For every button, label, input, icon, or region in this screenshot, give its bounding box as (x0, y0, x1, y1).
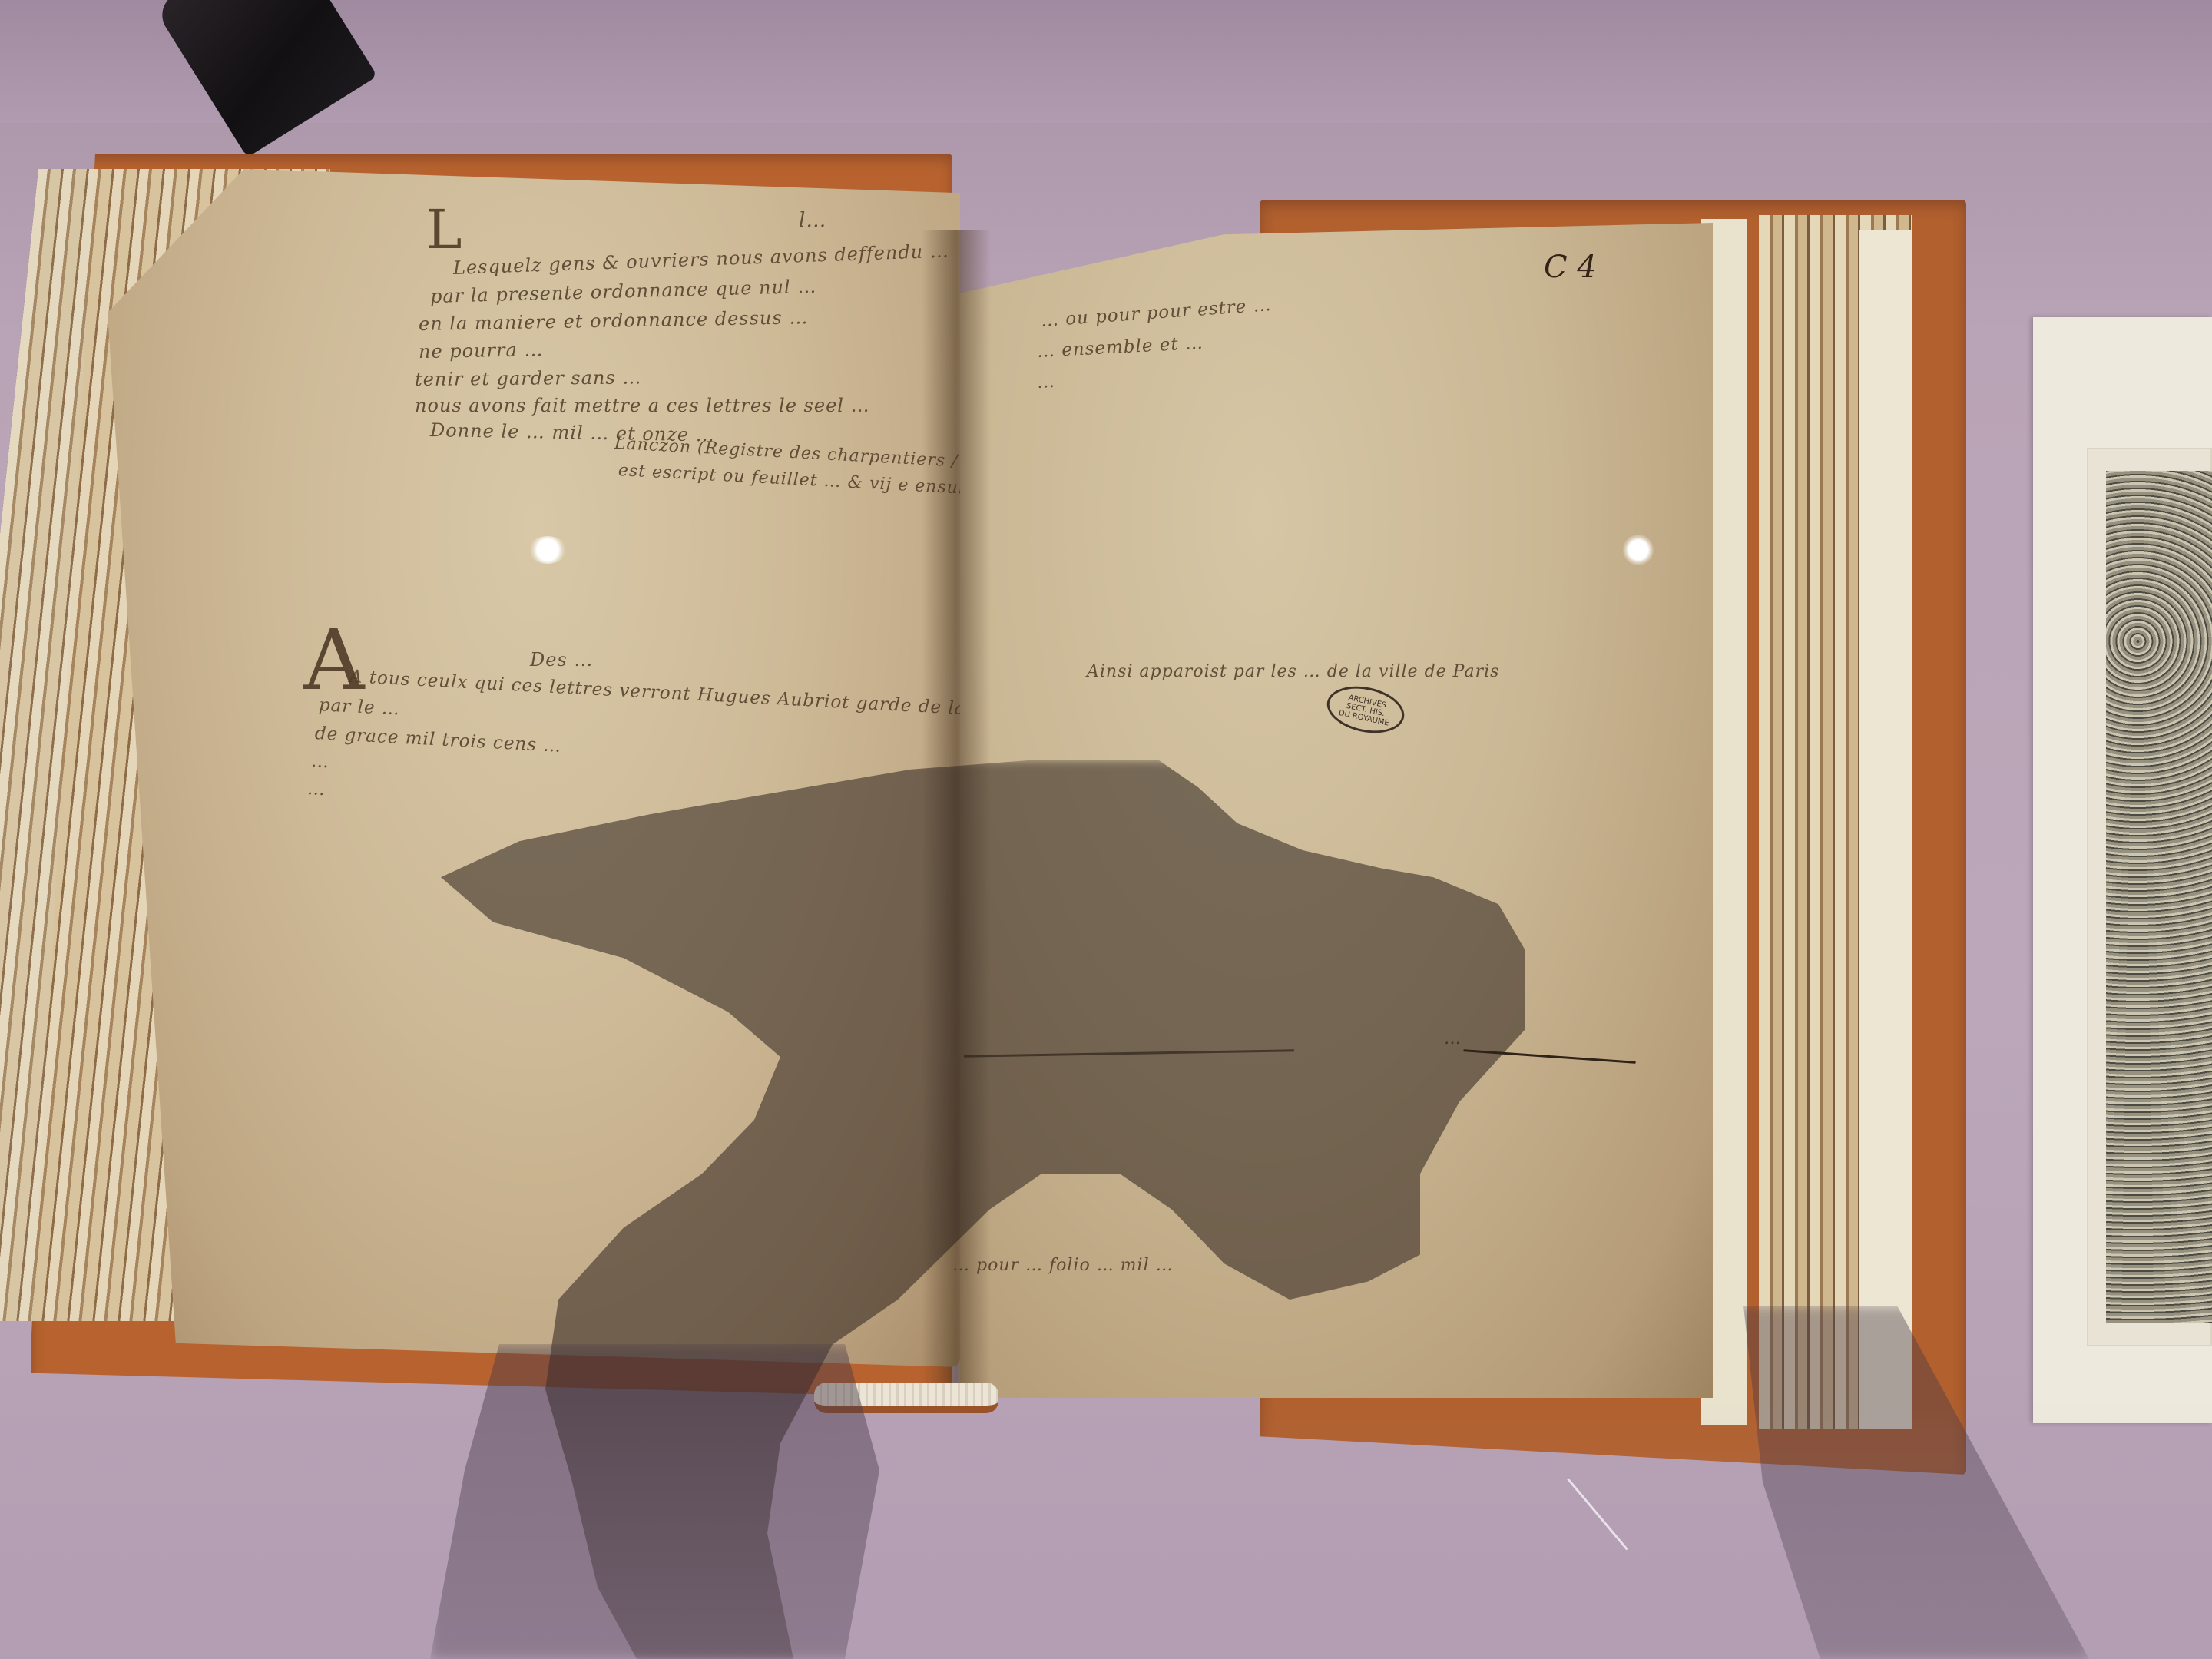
right-page (960, 223, 1713, 1398)
left-para2-line: par le … (318, 695, 400, 720)
light-reflection (528, 536, 567, 564)
right-bottom-note: … pour … folio … mil … (952, 1256, 1174, 1275)
right-para-line: … (1036, 372, 1055, 392)
folio-number: C 4 (1544, 250, 1597, 285)
left-para1-initial: L (426, 198, 462, 261)
left-section-heading: Des … (530, 649, 593, 671)
left-para1-line: ne pourra … (419, 339, 544, 363)
museum-display-case: l… L Lesquelz gens & ouvriers nous avons… (0, 0, 2212, 1659)
left-page-header-note: l… (799, 209, 826, 232)
book-gutter (922, 230, 991, 1398)
left-para1-line: tenir et garder sans … (415, 366, 642, 390)
framed-print (2033, 317, 2212, 1423)
left-para1-line: nous avons fait mettre a ces lettres le … (415, 395, 870, 416)
right-rubric-line: Ainsi apparoist par les … de la ville de… (1087, 662, 1499, 681)
light-reflection (1623, 535, 1654, 565)
right-flyleaf-outer (1859, 230, 1912, 1429)
engraving-print (2106, 471, 2212, 1323)
left-para2-line: … (306, 779, 326, 800)
glass-reflection (0, 1398, 2212, 1659)
signature: … (1444, 1029, 1462, 1048)
left-para2-line: … (310, 751, 329, 772)
left-para2-initial: A (303, 611, 364, 709)
